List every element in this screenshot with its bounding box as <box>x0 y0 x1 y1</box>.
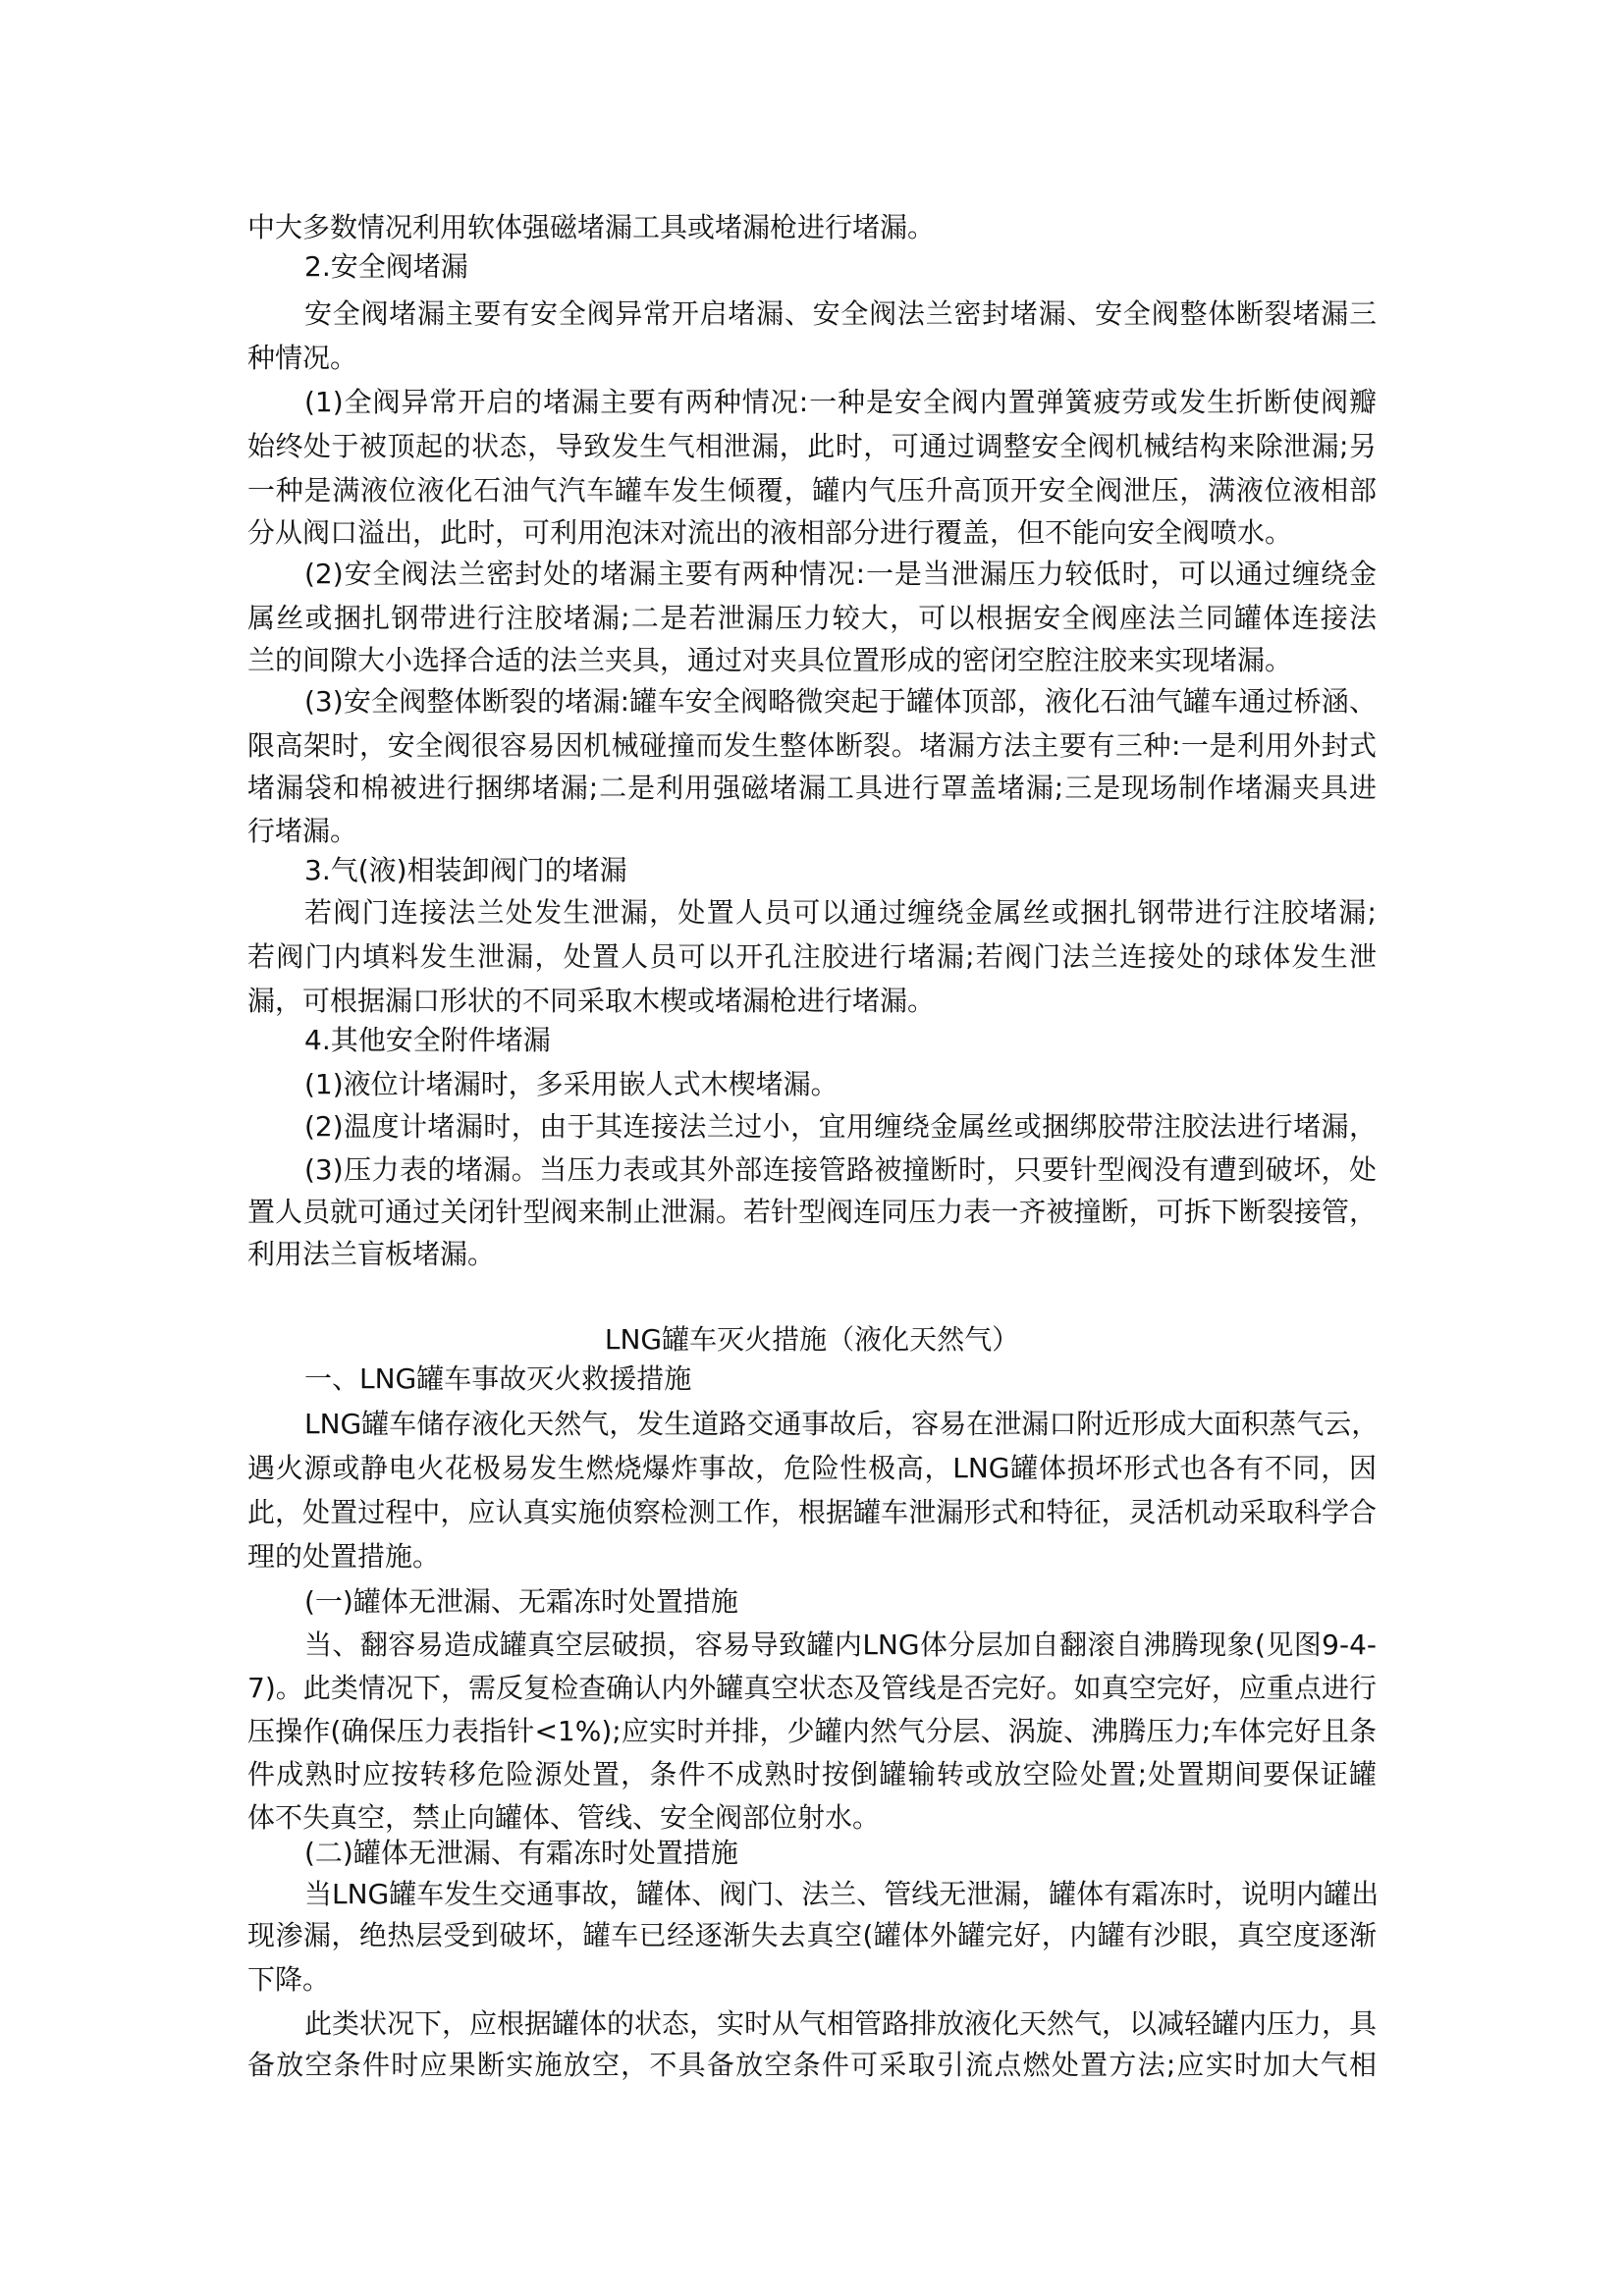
paragraph-line: 若阀门连接法兰处发生泄漏，处置人员可以通过缠绕金属丝或捆扎钢带进行注胶堵漏; <box>304 896 1377 930</box>
paragraph-line: 备放空条件时应果断实施放空，不具备放空条件可采取引流点燃处置方法;应实时加大气相 <box>247 2049 1377 2082</box>
paragraph-line: 始终处于被顶起的状态，导致发生气相泄漏，此时，可通过调整安全阀机械结构来除泄漏;… <box>247 430 1377 463</box>
paragraph-line: (1)液位计堵漏时，多采用嵌人式木楔堵漏。 <box>304 1068 1377 1101</box>
paragraph-line: 当、翻容易造成罐真空层破损，容易导致罐内LNG体分层加自翻滚自沸腾现象(见图9-… <box>304 1629 1377 1662</box>
paragraph-line: 安全阀堵漏主要有安全阀异常开启堵漏、安全阀法兰密封堵漏、安全阀整体断裂堵漏三 <box>304 297 1377 331</box>
paragraph-line: (2)安全阀法兰密封处的堵漏主要有两种情况:一是当泄漏压力较低时，可以通过缠绕金 <box>304 558 1377 591</box>
paragraph-line: 理的处置措施。 <box>247 1540 1377 1574</box>
document-page: 中大多数情况利用软体强磁堵漏工具或堵漏枪进行堵漏。2.安全阀堵漏安全阀堵漏主要有… <box>0 0 1624 2296</box>
paragraph-line: 置人员就可通过关闭针型阀来制止泄漏。若针型阀连同压力表一齐被撞断，可拆下断裂接管… <box>247 1196 1377 1229</box>
paragraph-line: 若阀门内填料发生泄漏，处置人员可以开孔注胶进行堵漏;若阀门法兰连接处的球体发生泄 <box>247 940 1377 974</box>
paragraph-line: 堵漏袋和棉被进行捆绑堵漏;二是利用强磁堵漏工具进行罩盖堵漏;三是现场制作堵漏夹具… <box>247 772 1377 805</box>
paragraph-line: 当LNG罐车发生交通事故，罐体、阀门、法兰、管线无泄漏，罐体有霜冻时，说明内罐出 <box>304 1878 1377 1911</box>
paragraph-line: 分从阀口溢出，此时，可利用泡沫对流出的液相部分进行覆盖，但不能向安全阀喷水。 <box>247 516 1377 550</box>
paragraph-line: 现渗漏，绝热层受到破坏，罐车已经逐渐失去真空(罐体外罐完好，内罐有沙眼，真空度逐… <box>247 1919 1377 1952</box>
paragraph-line: 遇火源或静电火花极易发生燃烧爆炸事故，危险性极高，LNG罐体损坏形式也各有不同，… <box>247 1452 1377 1485</box>
paragraph-line: 漏，可根据漏口形状的不同采取木楔或堵漏枪进行堵漏。 <box>247 985 1377 1018</box>
paragraph-line: 此类状况下，应根据罐体的状态，实时从气相管路排放液化天然气，以减轻罐内压力，具 <box>304 2007 1377 2041</box>
paragraph-line: LNG罐车储存液化天然气，发生道路交通事故后，容易在泄漏口附近形成大面积蒸气云， <box>304 1408 1377 1441</box>
paragraph-line: (一)罐体无泄漏、无霜冻时处置措施 <box>304 1585 1377 1619</box>
paragraph-line: 一种是满液位液化石油气汽车罐车发生倾覆，罐内气压升高顶开安全阀泄压，满液位液相部 <box>247 474 1377 507</box>
paragraph-line: 种情况。 <box>247 342 1377 375</box>
paragraph-line: 3.气(液)相装卸阀门的堵漏 <box>304 854 1377 887</box>
paragraph-line: 4.其他安全附件堵漏 <box>304 1024 1377 1057</box>
paragraph-line: 兰的间隙大小选择合适的法兰夹具，通过对夹具位置形成的密闭空腔注胶来实现堵漏。 <box>247 644 1377 677</box>
paragraph-line: 压操作(确保压力表指针<1%);应实时并排，少罐内然气分层、涡旋、沸腾压力;车体… <box>247 1715 1377 1748</box>
paragraph-line: 中大多数情况利用软体强磁堵漏工具或堵漏枪进行堵漏。 <box>247 211 1377 244</box>
paragraph-line: 2.安全阀堵漏 <box>304 250 1377 284</box>
paragraph-line: 下降。 <box>247 1963 1377 1997</box>
paragraph-line: (1)全阀异常开启的堵漏主要有两种情况:一种是安全阀内置弹簧疲劳或发生折断使阀瓣 <box>304 386 1377 419</box>
paragraph-line: (二)罐体无泄漏、有霜冻时处置措施 <box>304 1837 1377 1870</box>
paragraph-line: 7)。此类情况下，需反复检查确认内外罐真空状态及管线是否完好。如真空完好，应重点… <box>247 1672 1377 1705</box>
paragraph-line: 属丝或捆扎钢带进行注胶堵漏;二是若泄漏压力较大，可以根据安全阀座法兰同罐体连接法 <box>247 602 1377 635</box>
section-title-lng-firefighting: LNG罐车灭火措施（液化天然气） <box>0 1323 1624 1357</box>
paragraph-line: 行堵漏。 <box>247 815 1377 848</box>
paragraph-line: 一、LNG罐车事故灭火救援措施 <box>304 1362 1377 1396</box>
paragraph-line: (3)压力表的堵漏。当压力表或其外部连接管路被撞断时，只要针型阀没有遭到破坏，处 <box>304 1153 1377 1187</box>
paragraph-line: 此，处置过程中，应认真实施侦察检测工作，根据罐车泄漏形式和特征，灵活机动采取科学… <box>247 1496 1377 1529</box>
paragraph-line: 件成熟时应按转移危险源处置，条件不成熟时按倒罐输转或放空险处置;处置期间要保证罐 <box>247 1758 1377 1791</box>
paragraph-line: 体不失真空，禁止向罐体、管线、安全阀部位射水。 <box>247 1801 1377 1835</box>
paragraph-line: 限高架时，安全阀很容易因机械碰撞而发生整体断裂。堵漏方法主要有三种:一是利用外封… <box>247 729 1377 763</box>
paragraph-line: (2)温度计堵漏时，由于其连接法兰过小，宜用缠绕金属丝或捆绑胶带注胶法进行堵漏， <box>304 1110 1377 1144</box>
paragraph-line: 利用法兰盲板堵漏。 <box>247 1238 1377 1271</box>
paragraph-line: (3)安全阀整体断裂的堵漏:罐车安全阀略微突起于罐体顶部，液化石油气罐车通过桥涵… <box>304 685 1377 719</box>
